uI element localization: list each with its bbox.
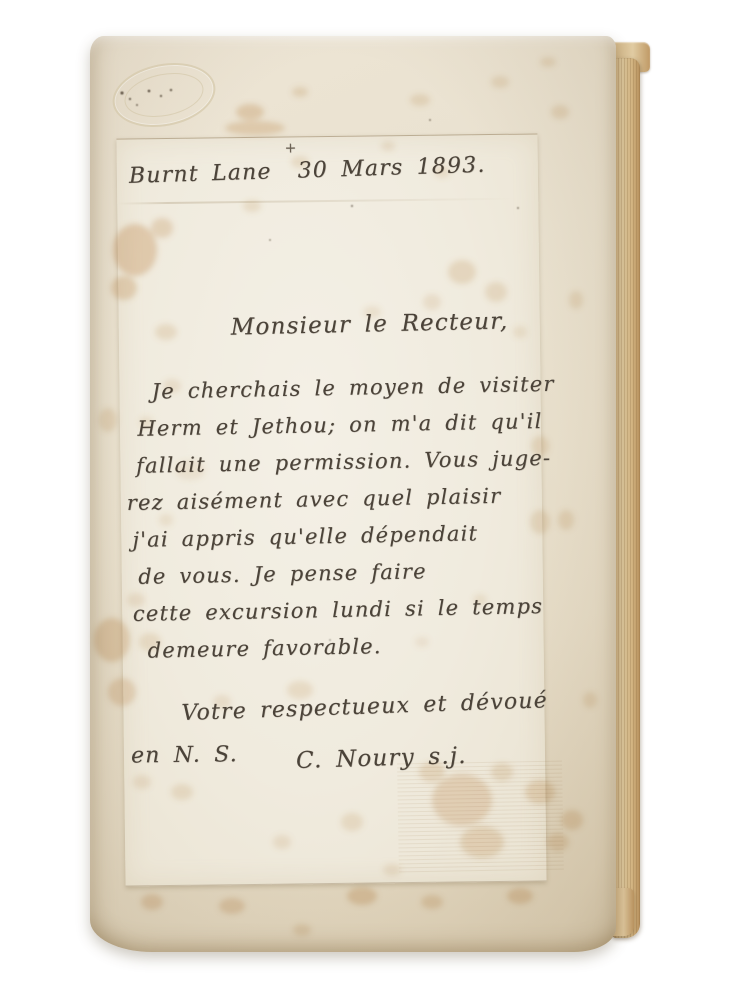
cross-mark: + [284, 140, 296, 156]
letter-signature: C. Noury s.j. [296, 743, 467, 774]
letter-closing: Votre respectueux et dévoué [181, 688, 548, 726]
letter-closing-ns: en N. S. [131, 742, 238, 768]
letter-crease [117, 197, 538, 204]
mounted-letter: + Burnt Lane30 Mars 1893. Monsieur le Re… [116, 133, 546, 886]
letter-body-line: demeure favorable. [129, 625, 560, 670]
letter-dateline: Burnt Lane30 Mars 1893. [129, 153, 486, 189]
page-fore-edge [612, 58, 640, 938]
letter-place: Burnt Lane [129, 159, 272, 188]
letter-body: Je cherchais le moyen de visiter Herm et… [124, 366, 560, 670]
letter-date: 30 Mars 1893. [297, 153, 486, 184]
book-photo: + Burnt Lane30 Mars 1893. Monsieur le Re… [0, 0, 750, 1000]
letter-salutation: Monsieur le Recteur, [230, 308, 508, 340]
